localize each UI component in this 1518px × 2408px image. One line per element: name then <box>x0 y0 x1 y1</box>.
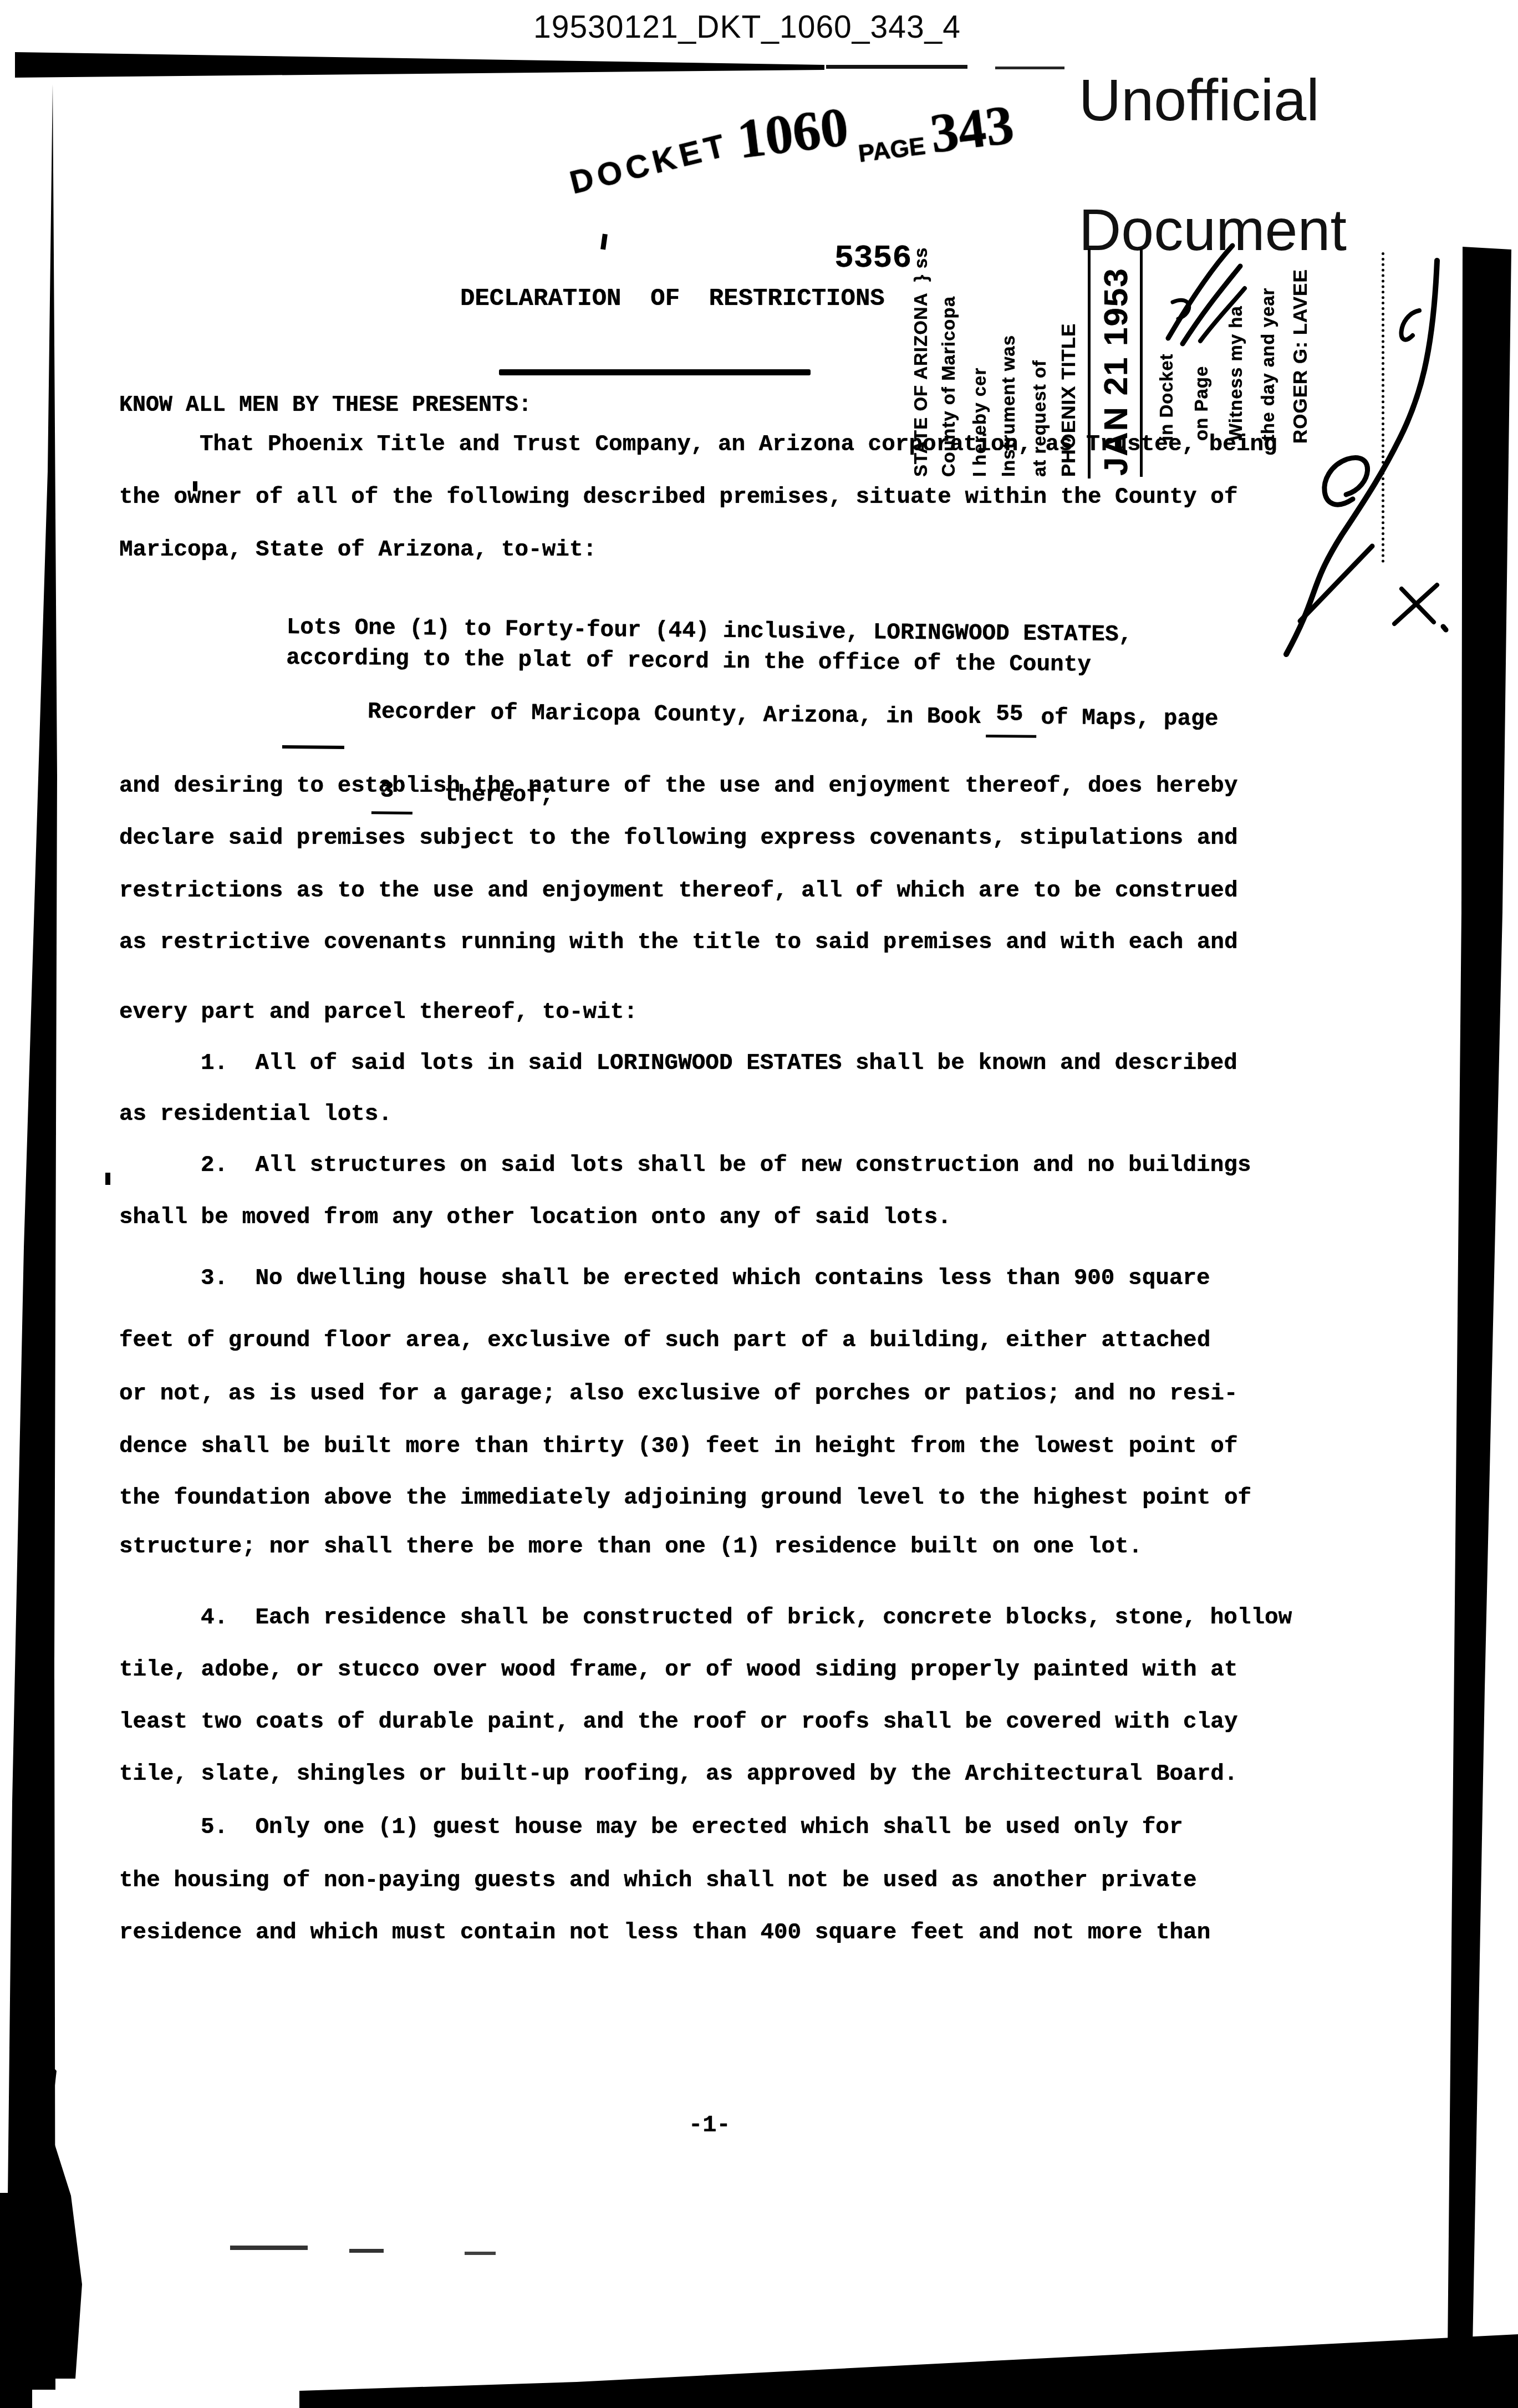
scan-speck <box>349 2249 384 2253</box>
title-underline-rule <box>499 369 811 375</box>
book-number-blank: 55 <box>986 709 1037 738</box>
recorder-stamp-line-page: on Page <box>1191 366 1212 441</box>
covenant3-line: structure; nor shall there be more than … <box>119 1536 1142 1559</box>
legal-description-line: according to the plat of record in the o… <box>286 647 1219 678</box>
legal-description-text: Recorder of Maricopa County, Arizona, in… <box>368 699 982 730</box>
legal-description-text: of Maps, page <box>1041 705 1218 732</box>
scan-artifact-top-edge-dash <box>826 65 967 69</box>
covenant1-line: 1. All of said lots in said LORINGWOOD E… <box>201 1052 1237 1075</box>
recorder-signature <box>1270 233 1453 676</box>
watermark-line1: Unofficial <box>1079 68 1320 133</box>
scan-artifact-bottom-left-bar <box>0 2193 32 2408</box>
paragraph1-line: Maricopa, State of Arizona, to-wit: <box>119 539 597 562</box>
docket-page-label: PAGE <box>857 133 927 168</box>
docket-stamp-label: DOCKET <box>566 126 732 202</box>
scanned-document-page: 19530121_DKT_1060_343_4 Unofficial Docum… <box>0 0 1518 2408</box>
covenant3-line: feet of ground floor area, exclusive of … <box>119 1330 1210 1352</box>
paragraph2-line: every part and parcel thereof, to-wit: <box>119 1001 638 1024</box>
scan-speck <box>105 1173 110 1185</box>
docket-page-number: 343 <box>927 92 1017 165</box>
covenant3-line: or not, as is used for a garage; also ex… <box>119 1383 1238 1406</box>
legal-description-line: Lots One (1) to Forty-four (44) inclusiv… <box>287 617 1219 648</box>
paragraph2-line: declare said premises subject to the fol… <box>119 827 1238 850</box>
page-number: -1- <box>689 2114 731 2137</box>
paragraph1-line: That Phoenix Title and Trust Company, an… <box>200 434 1277 456</box>
paragraph1-line: the owner of all of the following descri… <box>119 486 1238 509</box>
recorder-stamp-line-request: at request of <box>1029 360 1050 477</box>
covenant5-line: the housing of non-paying guests and whi… <box>119 1870 1197 1892</box>
covenant1-line: as residential lots. <box>119 1103 392 1126</box>
docket-number: 1060 <box>734 94 852 171</box>
scan-artifact-bottom-edge <box>299 2329 1518 2408</box>
paragraph2-line: restrictions as to the use and enjoyment… <box>119 880 1238 903</box>
covenant5-line: 5. Only one (1) guest house may be erect… <box>201 1816 1183 1839</box>
covenant5-line: residence and which must contain not les… <box>119 1922 1210 1944</box>
document-title: DECLARATION OF RESTRICTIONS <box>460 287 885 311</box>
covenant2-line: shall be moved from any other location o… <box>119 1206 951 1229</box>
covenant4-line: tile, adobe, or stucco over wood frame, … <box>119 1659 1238 1682</box>
covenant4-line: least two coats of durable paint, and th… <box>119 1711 1238 1734</box>
covenant2-line: 2. All structures on said lots shall be … <box>201 1154 1251 1177</box>
covenant3-line: dence shall be built more than thirty (3… <box>119 1435 1238 1458</box>
covenant4-line: tile, slate, shingles or built-up roofin… <box>119 1763 1238 1786</box>
instrument-number: 5356 <box>834 243 911 275</box>
scan-artifact-left-edge <box>4 83 60 2390</box>
covenant4-line: 4. Each residence shall be constructed o… <box>201 1607 1292 1630</box>
covenant3-line: the foundation above the immediately adj… <box>119 1487 1251 1510</box>
scan-speck <box>230 2246 308 2250</box>
scan-artifact-top-edge <box>15 51 824 82</box>
paragraph2-line: as restrictive covenants running with th… <box>119 931 1238 954</box>
scan-speck <box>600 234 608 250</box>
legal-description-line: Recorder of Maricopa County, Arizona, in… <box>286 678 1219 760</box>
document-filename: 19530121_DKT_1060_343_4 <box>533 9 961 45</box>
opening-line: KNOW ALL MEN BY THESE PRESENTS: <box>119 395 532 417</box>
paragraph2-line: and desiring to establish the nature of … <box>119 775 1238 798</box>
scan-speck <box>465 2252 496 2255</box>
recorder-stamp-line-docket: in Docket <box>1156 353 1177 441</box>
page-number-extra-underline <box>282 745 344 749</box>
recorder-stamp-line-certify: I hereby cer <box>969 368 990 477</box>
covenant3-line: 3. No dwelling house shall be erected wh… <box>201 1267 1210 1290</box>
